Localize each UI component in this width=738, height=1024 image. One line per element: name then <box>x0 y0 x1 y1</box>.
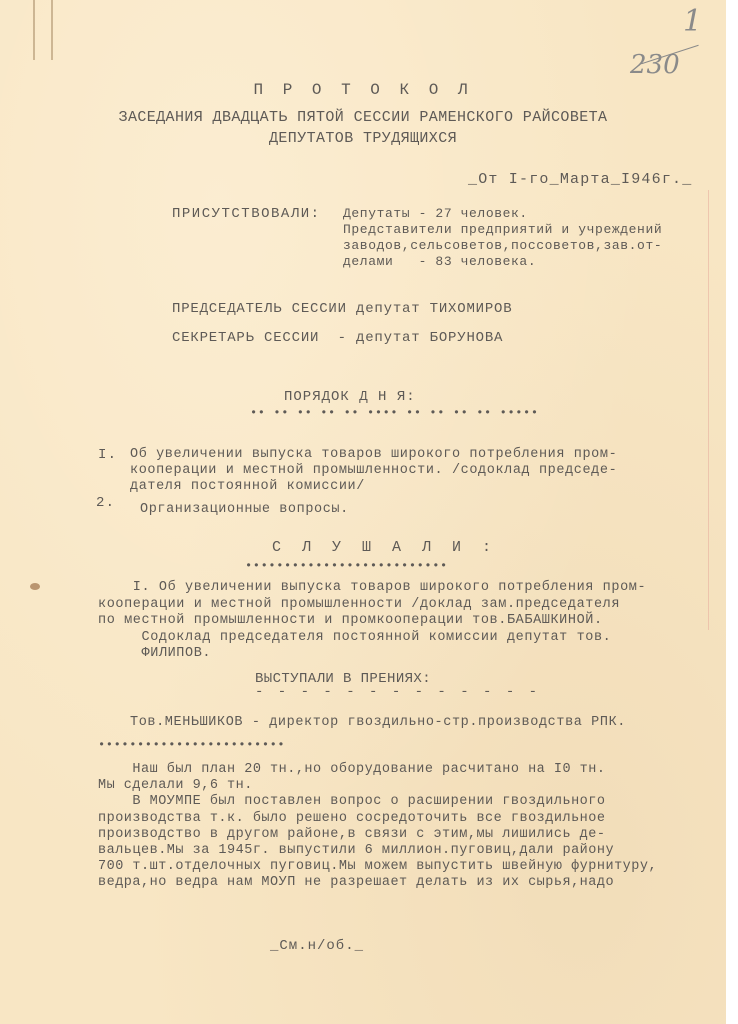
speech-line: производства т.к. было решено сосредоточ… <box>98 811 657 827</box>
document-subtitle-line-2: ДЕПУТАТОВ ТРУДЯЩИХСЯ <box>0 131 726 147</box>
agenda-item-number: I. <box>98 447 117 463</box>
session-secretary: СЕКРЕТАРЬ СЕССИИ - депутат БОРУНОВА <box>172 330 503 346</box>
heard-heading: С Л У Ш А Л И : <box>272 540 497 556</box>
document-date: _От I-го_Марта_I946г._ <box>468 172 692 188</box>
present-line: делами - 83 человека. <box>343 254 662 270</box>
continuation-note: _См.н/об._ <box>270 938 364 954</box>
agenda-item-line: Об увеличении выпуска товаров широкого п… <box>130 447 617 463</box>
handwritten-archive-number: 230 <box>630 50 680 80</box>
agenda-item-line: дателя постоянной комиссии/ <box>130 479 617 495</box>
debate-underline: - - - - - - - - - - - - - <box>255 684 540 700</box>
speech-line: В МОУМПЕ был поставлен вопрос о расширен… <box>98 794 657 810</box>
document-subtitle-line-1: ЗАСЕДАНИЯ ДВАДЦАТЬ ПЯТОЙ СЕССИИ РАМЕНСКО… <box>0 110 726 126</box>
agenda-heading: ПОРЯДОК Д Н Я: <box>284 389 416 405</box>
heard-line: ФИЛИПОВ. <box>98 646 646 663</box>
heard-line: кооперации и местной промышленности /док… <box>98 597 646 614</box>
heard-line: по местной промышленности и промкооперац… <box>98 613 646 630</box>
agenda-item-2: Организационные вопросы. <box>140 502 349 518</box>
present-label: ПРИСУТСТВОВАЛИ: <box>172 206 321 222</box>
heard-line: I. Об увеличении выпуска товаров широког… <box>98 580 646 597</box>
agenda-item-1: Об увеличении выпуска товаров широкого п… <box>130 447 617 495</box>
debate-speaker: Тов.МЕНЬШИКОВ - директор гвоздильно-стр.… <box>130 715 626 731</box>
speech-line: Мы сделали 9,6 тн. <box>98 778 657 794</box>
agenda-underline: •• •• •• •• •• •••• •• •• •• •• ••••• <box>250 405 539 421</box>
speech-line: ведра,но ведра нам МОУП не разрешает дел… <box>98 875 657 891</box>
document-page: 1 230 П Р О Т О К О Л ЗАСЕДАНИЯ ДВАДЦАТЬ… <box>0 0 726 1024</box>
agenda-item-number: 2. <box>96 495 115 511</box>
paper-crease <box>33 0 35 60</box>
heard-body: I. Об увеличении выпуска товаров широког… <box>98 580 646 663</box>
heard-line: Содоклад председателя постоянной комисси… <box>98 630 646 647</box>
document-title: П Р О Т О К О Л <box>0 82 726 98</box>
session-chairman: ПРЕДСЕДАТЕЛЬ СЕССИИ депутат ТИХОМИРОВ <box>172 301 512 317</box>
speech-line: Наш был план 20 тн.,но оборудование расч… <box>98 762 657 778</box>
present-list: Депутаты - 27 человек.Представители пред… <box>343 206 662 270</box>
present-line: заводов,сельсоветов,поссоветов,зав.от- <box>343 238 662 254</box>
heard-underline: •••••••••••••••••••••••••• <box>245 558 448 574</box>
present-line: Представители предприятий и учреждений <box>343 222 662 238</box>
speech-line: производство в другом районе,в связи с э… <box>98 827 657 843</box>
speech-line: вальцев.Мы за 1945г. выпустили 6 миллион… <box>98 843 657 859</box>
handwritten-sheet-number: 1 <box>683 4 702 39</box>
paper-crease <box>51 0 53 60</box>
margin-line <box>708 190 709 630</box>
ink-stain <box>30 583 40 590</box>
agenda-item-line: кооперации и местной промышленности. /со… <box>130 463 617 479</box>
present-line: Депутаты - 27 человек. <box>343 206 662 222</box>
speaker-underline: •••••••••••••••••••••••• <box>98 737 285 753</box>
speech-line: 700 т.шт.отделочных пуговиц.Мы можем вып… <box>98 859 657 875</box>
speech-body: Наш был план 20 тн.,но оборудование расч… <box>98 762 657 892</box>
